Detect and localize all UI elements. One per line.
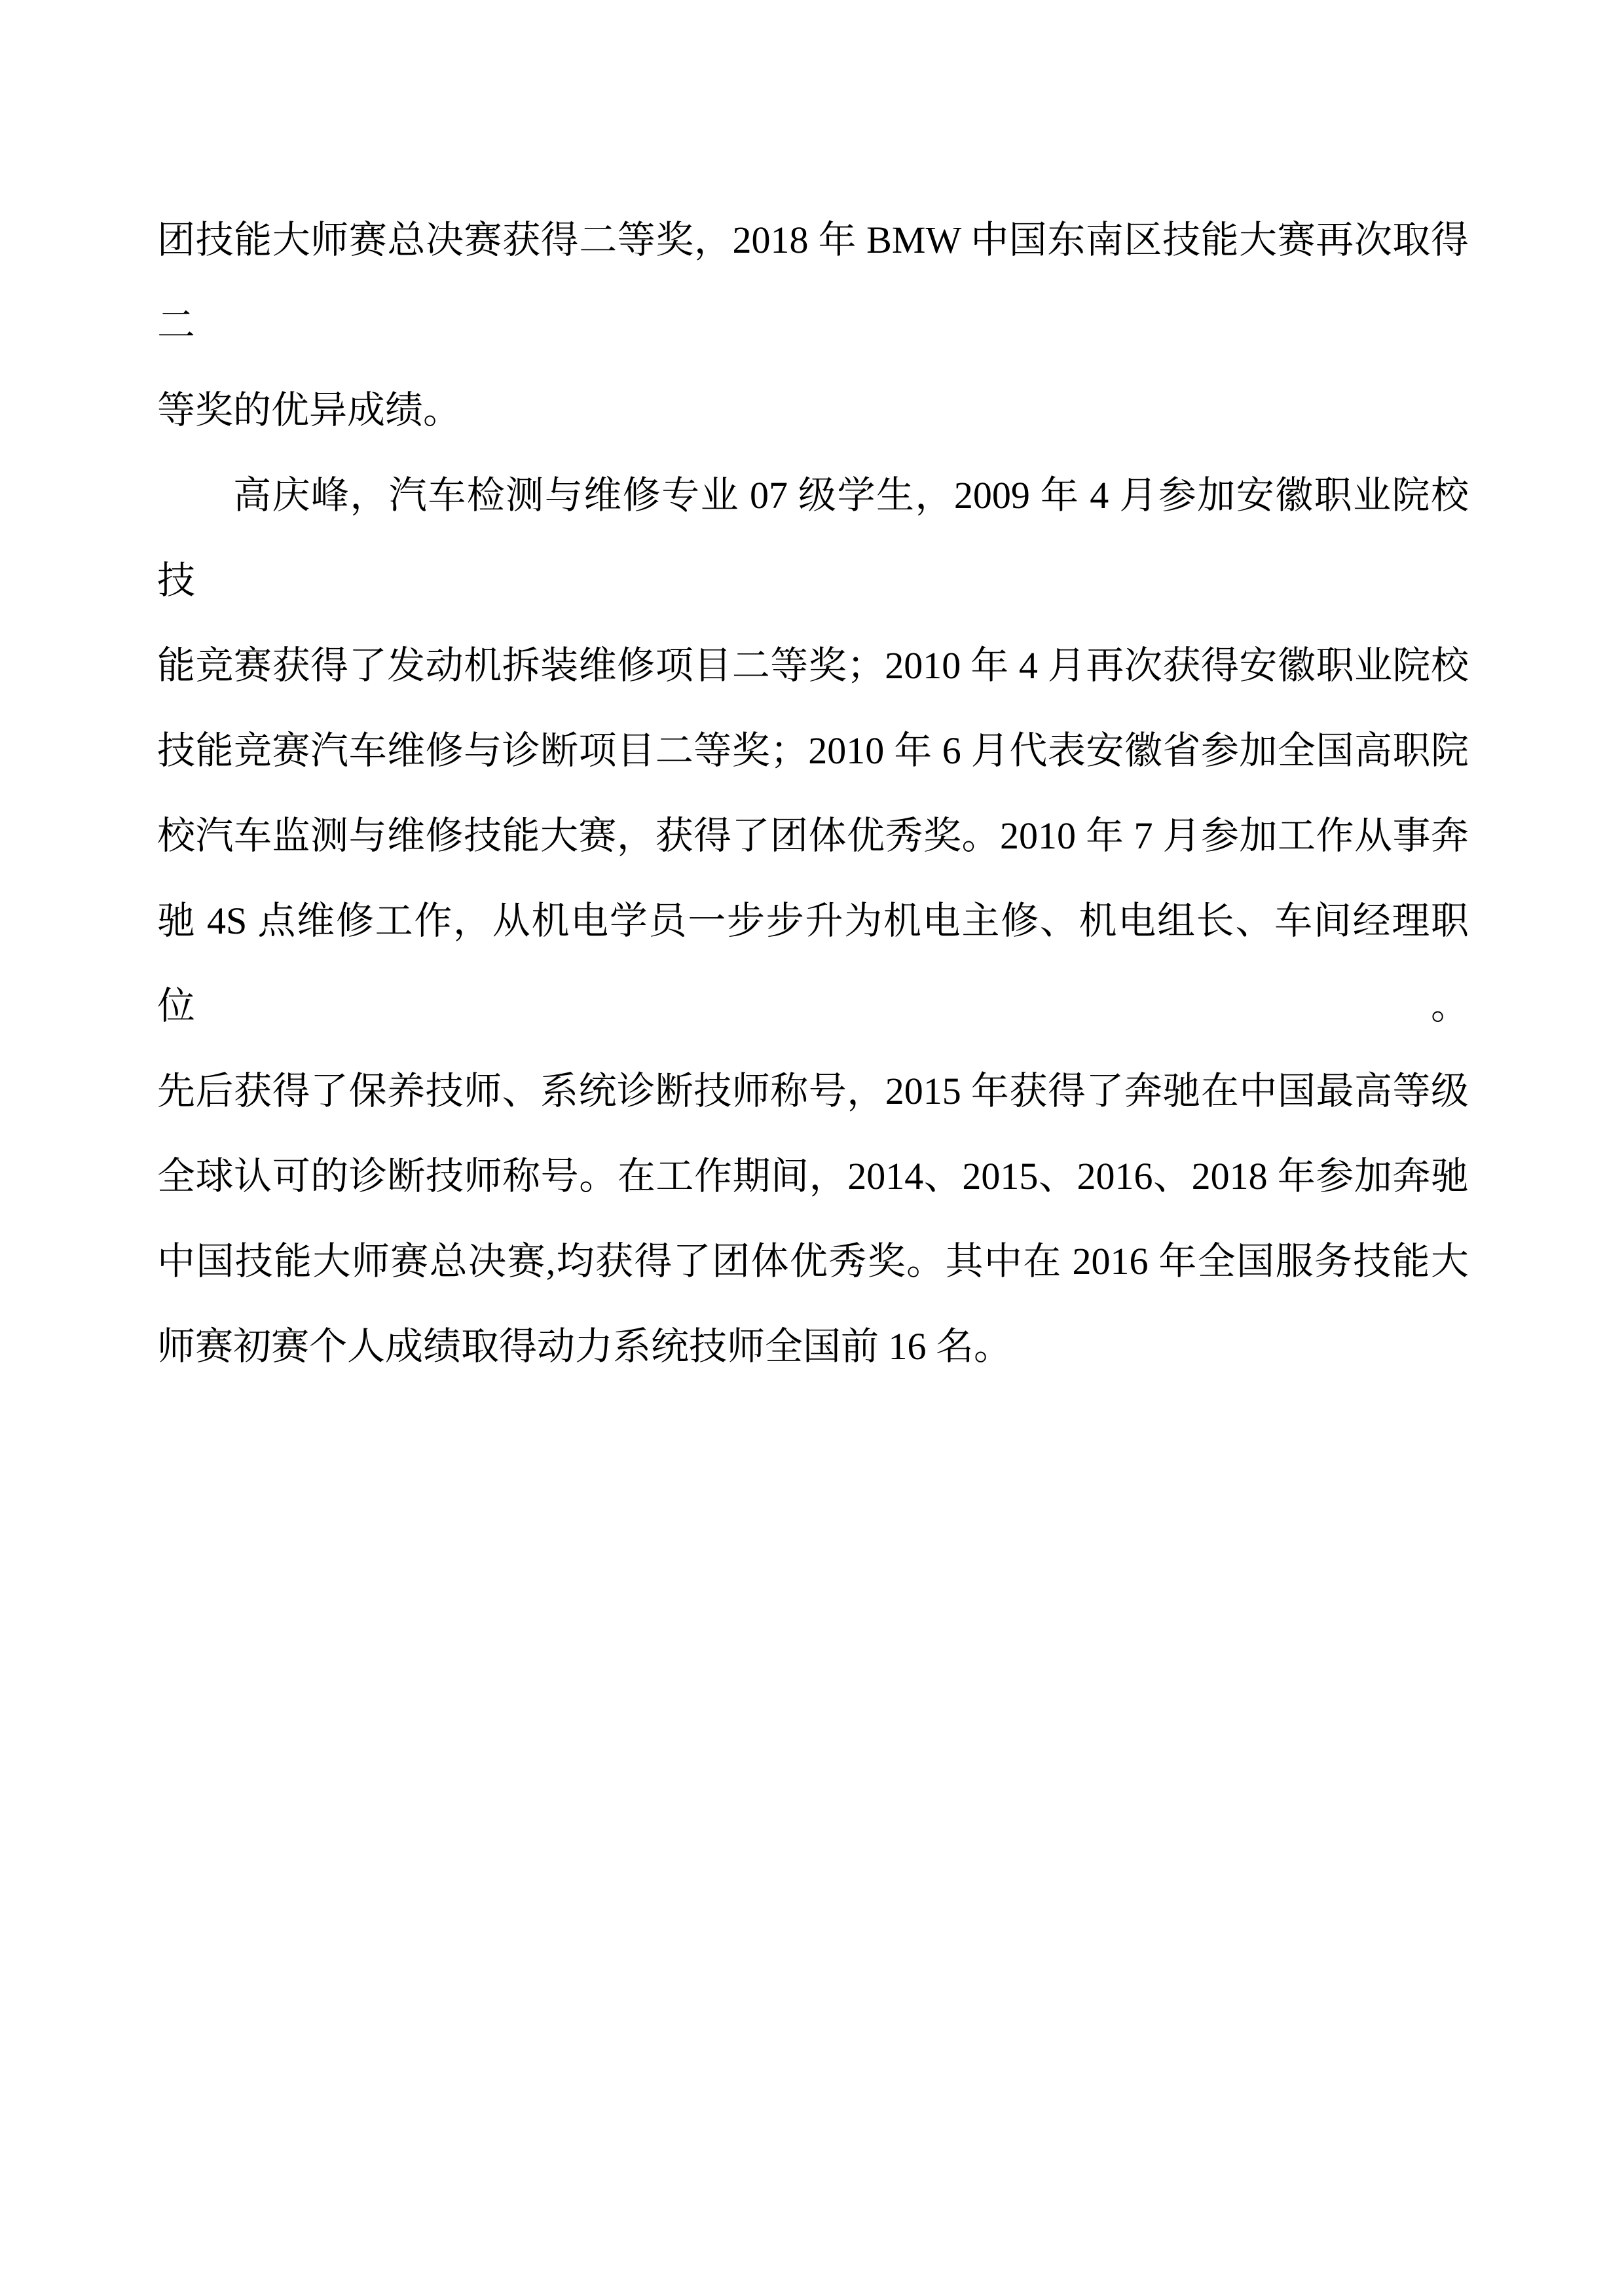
text-line: 高庆峰，汽车检测与维修专业 07 级学生，2009 年 4 月参加安徽职业院校技 xyxy=(157,453,1469,623)
text-line: 能竞赛获得了发动机拆装维修项目二等奖；2010 年 4 月再次获得安徽职业院校 xyxy=(157,623,1469,708)
text-line: 全球认可的诊断技师称号。在工作期间，2014、2015、2016、2018 年参… xyxy=(157,1134,1469,1219)
text-line: 技能竞赛汽车维修与诊断项目二等奖；2010 年 6 月代表安徽省参加全国高职院 xyxy=(157,708,1469,793)
paragraph: 高庆峰，汽车检测与维修专业 07 级学生，2009 年 4 月参加安徽职业院校技… xyxy=(157,453,1469,1389)
paragraph: 团技能大师赛总决赛获得二等奖，2018 年 BMW 中国东南区技能大赛再次取得二… xyxy=(157,198,1469,453)
text-line: 等奖的优异成绩。 xyxy=(157,368,1469,453)
text-line: 中国技能大师赛总决赛,均获得了团体优秀奖。其中在 2016 年全国服务技能大 xyxy=(157,1219,1469,1304)
text-line: 驰 4S 点维修工作，从机电学员一步步升为机电主修、机电组长、车间经理职位。 xyxy=(157,879,1469,1049)
text-line: 校汽车监测与维修技能大赛，获得了团体优秀奖。2010 年 7 月参加工作从事奔 xyxy=(157,793,1469,879)
text-block: 团技能大师赛总决赛获得二等奖，2018 年 BMW 中国东南区技能大赛再次取得二… xyxy=(157,198,1469,1389)
text-line: 团技能大师赛总决赛获得二等奖，2018 年 BMW 中国东南区技能大赛再次取得二 xyxy=(157,198,1469,368)
text-line: 师赛初赛个人成绩取得动力系统技师全国前 16 名。 xyxy=(157,1304,1469,1389)
document-page: 团技能大师赛总决赛获得二等奖，2018 年 BMW 中国东南区技能大赛再次取得二… xyxy=(0,0,1624,2296)
text-line: 先后获得了保养技师、系统诊断技师称号，2015 年获得了奔驰在中国最高等级 xyxy=(157,1049,1469,1134)
